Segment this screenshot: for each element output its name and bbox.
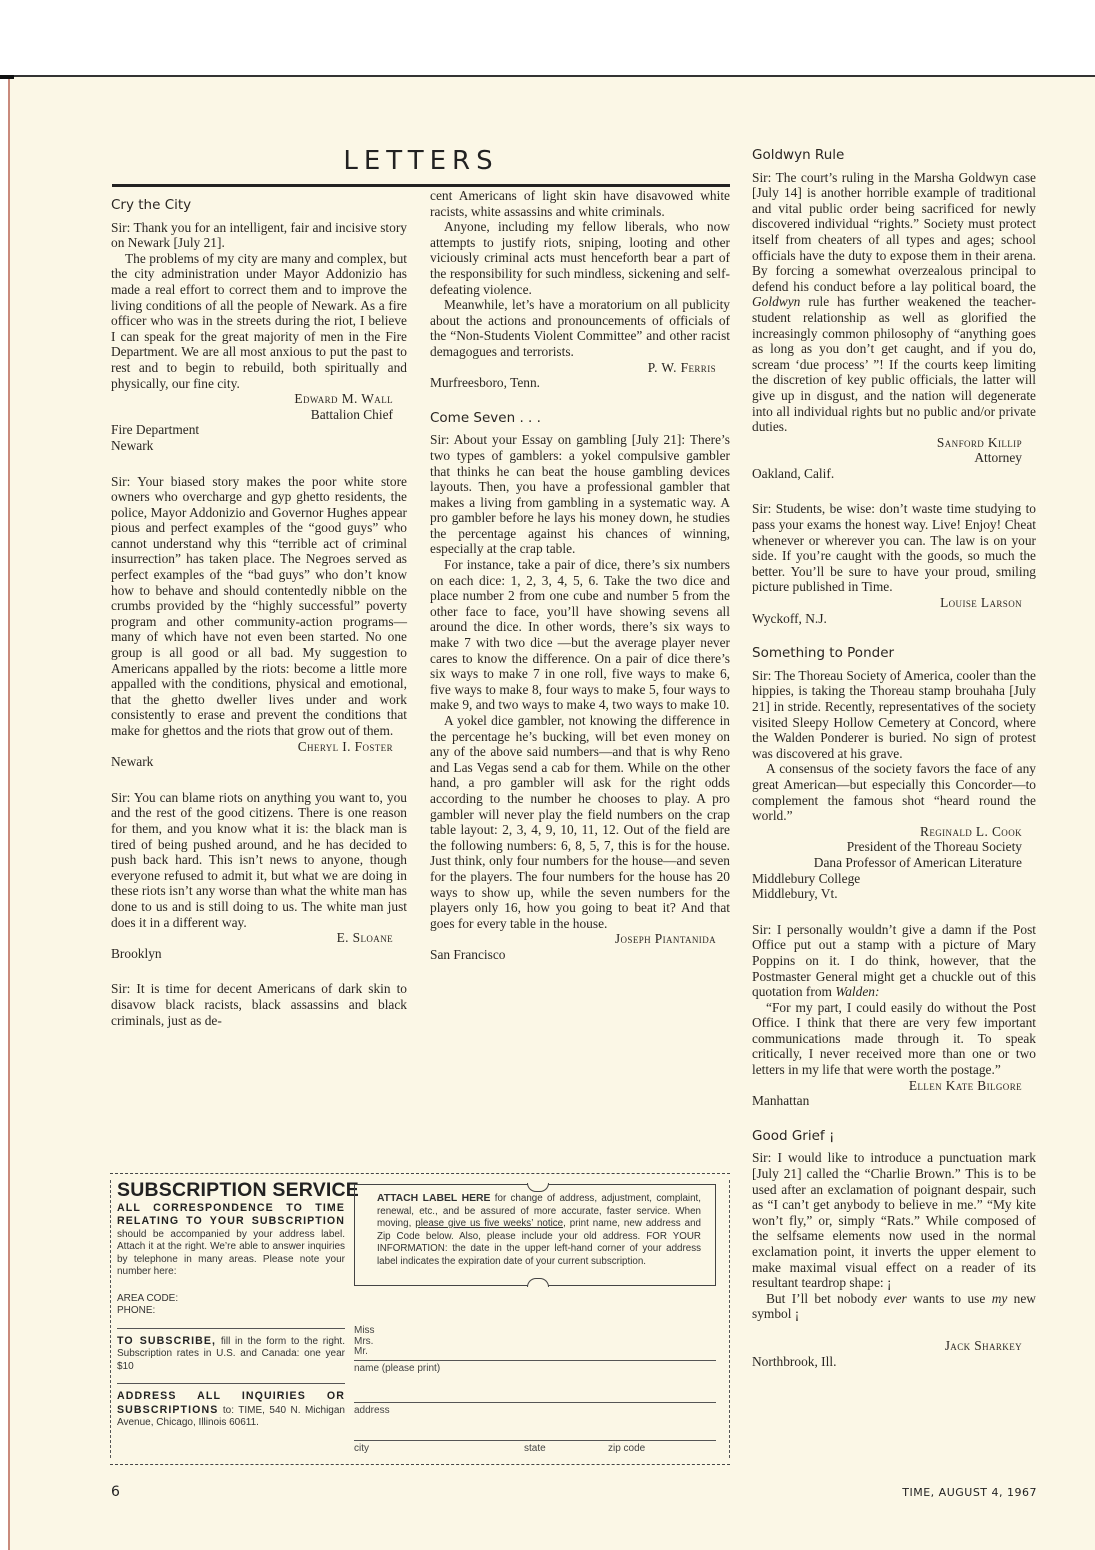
letter-paragraph: Sir: The Thoreau Society of America, coo… — [752, 668, 1036, 762]
section-title-rule — [112, 184, 730, 187]
letter-paragraph: Sir: The court’s ruling in the Marsha Go… — [752, 170, 1036, 435]
letter-location: San Francisco — [430, 947, 730, 963]
subscription-form: Miss Mrs. Mr. name (please print) addres… — [354, 1326, 716, 1454]
letter-signature-title: Attorney — [752, 450, 1022, 466]
letter-paragraph: The problems of my city are many and com… — [111, 251, 407, 391]
letter-heading: Good Grief ¡ — [752, 1129, 1036, 1145]
letter-location: Fire Department — [111, 422, 407, 438]
letter-paragraph: A yokel dice gambler, not knowing the di… — [430, 713, 730, 931]
letter-paragraph: Sir: It is time for decent Americans of … — [111, 981, 407, 1028]
letter-paragraph: Sir: About your Essay on gambling [July … — [430, 432, 730, 557]
letter-signature: Cheryl I. Foster — [111, 739, 393, 755]
letter-location: Northbrook, Ill. — [752, 1354, 1036, 1370]
charlie-brown-mark-icon: ¡ — [829, 1128, 834, 1144]
letter-signature: Reginald L. Cook — [752, 824, 1022, 840]
column-2: cent Americans of light skin have disavo… — [430, 188, 730, 963]
letter-signature: E. Sloane — [111, 930, 393, 946]
zip-code-field[interactable]: zip code — [608, 1443, 645, 1454]
letter-signature: Ellen Kate Bilgore — [752, 1078, 1022, 1094]
letter-paragraph: But I’ll bet nobody ever wants to use my… — [752, 1291, 1036, 1322]
inquiries-address: ADDRESS ALL INQUIRIES OR SUBSCRIPTIONS t… — [117, 1390, 345, 1430]
top-rule — [0, 75, 1095, 77]
column-1: Cry the City Sir: Thank you for an intel… — [111, 198, 407, 1028]
letter-location: Wyckoff, N.J. — [752, 611, 1036, 627]
letter-paragraph: Sir: I would like to introduce a punctua… — [752, 1150, 1036, 1290]
issue-date: TIME, AUGUST 4, 1967 — [902, 1486, 1037, 1499]
letter-location: Brooklyn — [111, 946, 407, 962]
letter-signature: Joseph Piantanida — [430, 931, 716, 947]
letter-quotation: “For my part, I could easily do without … — [752, 1000, 1036, 1078]
letter-signature: Jack Sharkey — [752, 1338, 1022, 1354]
letter-location: Manhattan — [752, 1093, 1036, 1109]
letter-signature-title: Battalion Chief — [111, 407, 393, 423]
letter-paragraph: Sir: Thank you for an intelligent, fair … — [111, 220, 407, 251]
area-code-field[interactable]: AREA CODE: — [117, 1293, 345, 1306]
letter-signature: P. W. Ferris — [430, 360, 716, 376]
attach-label-box: ATTACH LABEL HERE for change of address,… — [354, 1184, 716, 1286]
letter-paragraph: A consensus of the society favors the fa… — [752, 761, 1036, 823]
letter-paragraph: Sir: I personally wouldn’t give a damn i… — [752, 922, 1036, 1000]
page-edge-mark — [0, 75, 14, 79]
subscription-info: SUBSCRIPTION SERVICE ALL CORRESPONDENCE … — [117, 1184, 345, 1430]
page-edge — [0, 76, 10, 1550]
section-title: LETTERS — [112, 146, 730, 176]
letter-paragraph: Sir: You can blame riots on anything you… — [111, 790, 407, 930]
letter-location: Murfreesboro, Tenn. — [430, 375, 730, 391]
page-number: 6 — [111, 1484, 120, 1500]
label-notch — [527, 1183, 549, 1192]
cut-line — [729, 1180, 730, 1458]
letter-paragraph: Sir: Students, be wise: don’t waste time… — [752, 501, 1036, 595]
letter-signature: Louise Larson — [752, 595, 1022, 611]
letter-paragraph: Anyone, including my fellow liberals, wh… — [430, 219, 730, 297]
name-field[interactable]: name (please print) — [354, 1363, 716, 1374]
salutation-options[interactable]: Miss Mrs. Mr. — [354, 1326, 716, 1358]
letter-location: Middlebury College — [752, 871, 1036, 887]
letter-paragraph: cent Americans of light skin have disavo… — [430, 188, 730, 219]
city-field[interactable]: city — [354, 1443, 524, 1454]
subscription-coupon: SUBSCRIPTION SERVICE ALL CORRESPONDENCE … — [110, 1173, 730, 1465]
subscription-title: SUBSCRIPTION SERVICE — [117, 1184, 345, 1197]
letter-heading: Cry the City — [111, 198, 407, 214]
subscribe-note: TO SUBSCRIBE, fill in the form to the ri… — [117, 1335, 345, 1374]
phone-field[interactable]: PHONE: — [117, 1305, 345, 1318]
address-field[interactable]: address — [354, 1405, 716, 1416]
letter-signature-title: President of the Thoreau Society — [752, 839, 1022, 855]
letter-heading: Goldwyn Rule — [752, 148, 1036, 164]
letter-paragraph: Meanwhile, let’s have a moratorium on al… — [430, 297, 730, 359]
letter-paragraph: For instance, take a pair of dice, there… — [430, 557, 730, 713]
column-3: Goldwyn Rule Sir: The court’s ruling in … — [752, 148, 1036, 1369]
letter-location: Newark — [111, 438, 407, 454]
correspondence-note: ALL CORRESPONDENCE TO TIME RELATING TO Y… — [117, 1202, 345, 1279]
letter-signature: Edward M. Wall — [111, 391, 393, 407]
label-notch — [527, 1278, 549, 1287]
letter-signature-title: Dana Professor of American Literature — [752, 855, 1022, 871]
letter-location: Oakland, Calif. — [752, 466, 1036, 482]
state-field[interactable]: state — [524, 1443, 608, 1454]
letter-heading: Come Seven . . . — [430, 411, 730, 427]
letter-signature: Sanford Killip — [752, 435, 1022, 451]
letter-heading: Something to Ponder — [752, 646, 1036, 662]
cut-line — [110, 1180, 111, 1458]
letter-location: Middlebury, Vt. — [752, 886, 1036, 902]
letter-location: Newark — [111, 754, 407, 770]
letter-paragraph: Sir: Your biased story makes the poor wh… — [111, 474, 407, 739]
